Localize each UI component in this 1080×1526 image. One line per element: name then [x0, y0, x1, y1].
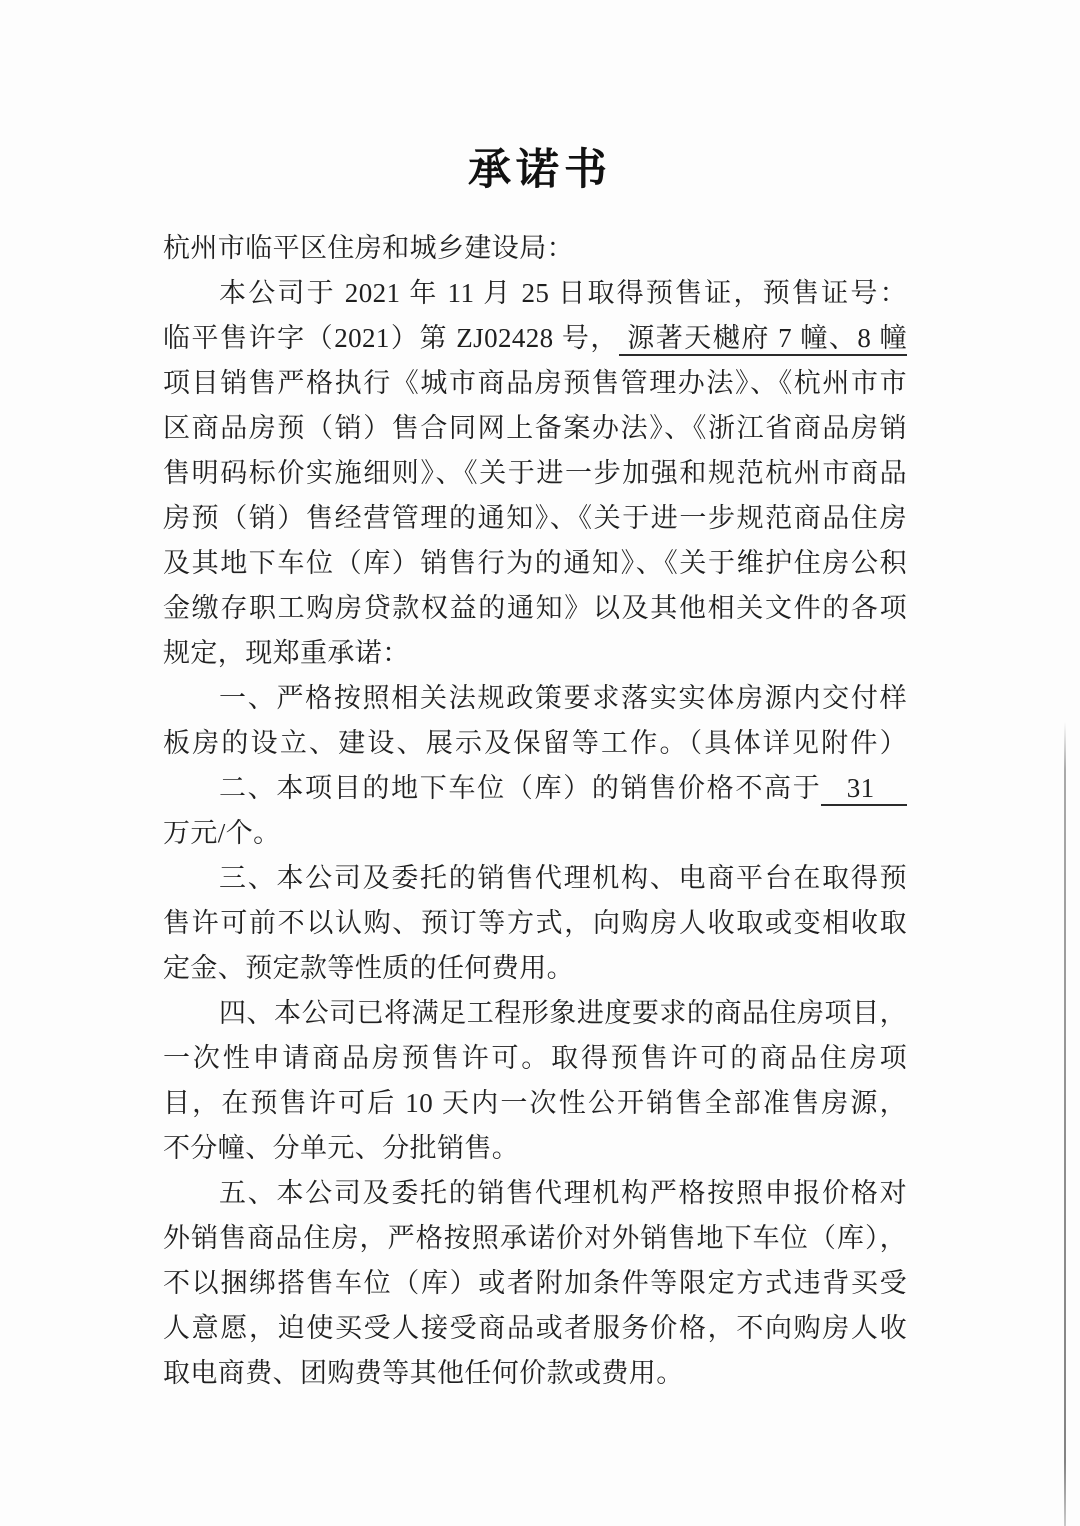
text-run: 区商品房预（销）售合同网上备案办法》、《浙江省商品房销 [163, 413, 907, 443]
text-line: 外销售商品住房，严格按照承诺价对外销售地下车位（库）， [163, 1216, 907, 1261]
document-page: 承诺书 杭州市临平区住房和城乡建设局：本公司于 2021 年 11 月 25 日… [0, 0, 1080, 1526]
text-run: 及其地下车位（库）销售行为的通知》、《关于维护住房公积 [163, 548, 907, 578]
text-line: 目，在预售许可后 10 天内一次性公开销售全部准售房源， [163, 1081, 907, 1126]
text-line: 定金、预定款等性质的任何费用。 [163, 946, 907, 991]
text-run: 不分幢、分单元、分批销售。 [163, 1133, 519, 1163]
text-line: 四、本公司已将满足工程形象进度要求的商品住房项目， [163, 991, 907, 1036]
text-run: 杭州市临平区住房和城乡建设局： [163, 233, 574, 263]
text-run: 金缴存职工购房贷款权益的通知》以及其他相关文件的各项 [163, 593, 907, 623]
underlined-text: 31 [821, 773, 907, 806]
text-line: 不分幢、分单元、分批销售。 [163, 1126, 907, 1171]
text-run: 外销售商品住房，严格按照承诺价对外销售地下车位（库）， [163, 1223, 907, 1253]
text-run: 三、本公司及委托的销售代理机构、电商平台在取得预 [219, 863, 907, 893]
text-line: 金缴存职工购房贷款权益的通知》以及其他相关文件的各项 [163, 586, 907, 631]
text-run: 一次性申请商品房预售许可。取得预售许可的商品住房项 [163, 1043, 907, 1073]
text-line: 不以捆绑搭售车位（库）或者附加条件等限定方式违背买受 [163, 1261, 907, 1306]
text-line: 项目销售严格执行《城市商品房预售管理办法》、《杭州市市 [163, 361, 907, 406]
text-line: 及其地下车位（库）销售行为的通知》、《关于维护住房公积 [163, 541, 907, 586]
text-run: 万元/个。 [163, 818, 281, 848]
underlined-text: 源著天樾府 7 幢、8 幢 [619, 323, 907, 356]
text-line: 一、严格按照相关法规政策要求落实实体房源内交付样 [163, 676, 907, 721]
text-line: 区商品房预（销）售合同网上备案办法》、《浙江省商品房销 [163, 406, 907, 451]
text-run: 板房的设立、建设、展示及保留等工作。（具体详见附件） [163, 728, 907, 758]
text-line: 取电商费、团购费等其他任何价款或费用。 [163, 1351, 907, 1396]
text-line: 五、本公司及委托的销售代理机构严格按照申报价格对 [163, 1171, 907, 1216]
text-line: 万元/个。 [163, 811, 907, 856]
document-title: 承诺书 [0, 136, 1080, 197]
text-run: 不以捆绑搭售车位（库）或者附加条件等限定方式违背买受 [163, 1268, 907, 1298]
text-line: 本公司于 2021 年 11 月 25 日取得预售证，预售证号： [163, 271, 907, 316]
text-run: 取电商费、团购费等其他任何价款或费用。 [163, 1358, 684, 1388]
text-run: 人意愿，迫使买受人接受商品或者服务价格，不向购房人收 [163, 1313, 907, 1343]
text-run: 房预（销）售经营管理的通知》、《关于进一步规范商品住房 [163, 503, 907, 533]
text-run: 二、本项目的地下车位（库）的销售价格不高于 [219, 773, 821, 803]
text-line: 人意愿，迫使买受人接受商品或者服务价格，不向购房人收 [163, 1306, 907, 1351]
text-run: 项目销售严格执行《城市商品房预售管理办法》、《杭州市市 [163, 368, 907, 398]
text-run: 售明码标价实施细则》、《关于进一步加强和规范杭州市商品 [163, 458, 907, 488]
text-run: 临平售许字（2021）第 ZJ02428 号， [163, 323, 619, 353]
text-line: 三、本公司及委托的销售代理机构、电商平台在取得预 [163, 856, 907, 901]
scan-artifact-line [1064, 722, 1066, 1526]
text-line: 临平售许字（2021）第 ZJ02428 号， 源著天樾府 7 幢、8 幢 [163, 316, 907, 361]
text-line: 二、本项目的地下车位（库）的销售价格不高于 31 [163, 766, 907, 811]
text-line: 房预（销）售经营管理的通知》、《关于进一步规范商品住房 [163, 496, 907, 541]
text-run: 定金、预定款等性质的任何费用。 [163, 953, 574, 983]
text-run: 一、严格按照相关法规政策要求落实实体房源内交付样 [219, 683, 907, 713]
text-line: 杭州市临平区住房和城乡建设局： [163, 226, 907, 271]
text-run: 五、本公司及委托的销售代理机构严格按照申报价格对 [219, 1178, 907, 1208]
text-line: 板房的设立、建设、展示及保留等工作。（具体详见附件） [163, 721, 907, 766]
text-run: 规定，现郑重承诺： [163, 638, 410, 668]
text-line: 售许可前不以认购、预订等方式，向购房人收取或变相收取 [163, 901, 907, 946]
text-run: 售许可前不以认购、预订等方式，向购房人收取或变相收取 [163, 908, 907, 938]
text-run: 四、本公司已将满足工程形象进度要求的商品住房项目， [219, 998, 907, 1028]
text-line: 规定，现郑重承诺： [163, 631, 907, 676]
text-run: 目，在预售许可后 10 天内一次性公开销售全部准售房源， [163, 1088, 907, 1118]
text-line: 一次性申请商品房预售许可。取得预售许可的商品住房项 [163, 1036, 907, 1081]
text-run: 本公司于 2021 年 11 月 25 日取得预售证，预售证号： [219, 278, 907, 308]
text-line: 售明码标价实施细则》、《关于进一步加强和规范杭州市商品 [163, 451, 907, 496]
document-body: 杭州市临平区住房和城乡建设局：本公司于 2021 年 11 月 25 日取得预售… [163, 226, 907, 1396]
